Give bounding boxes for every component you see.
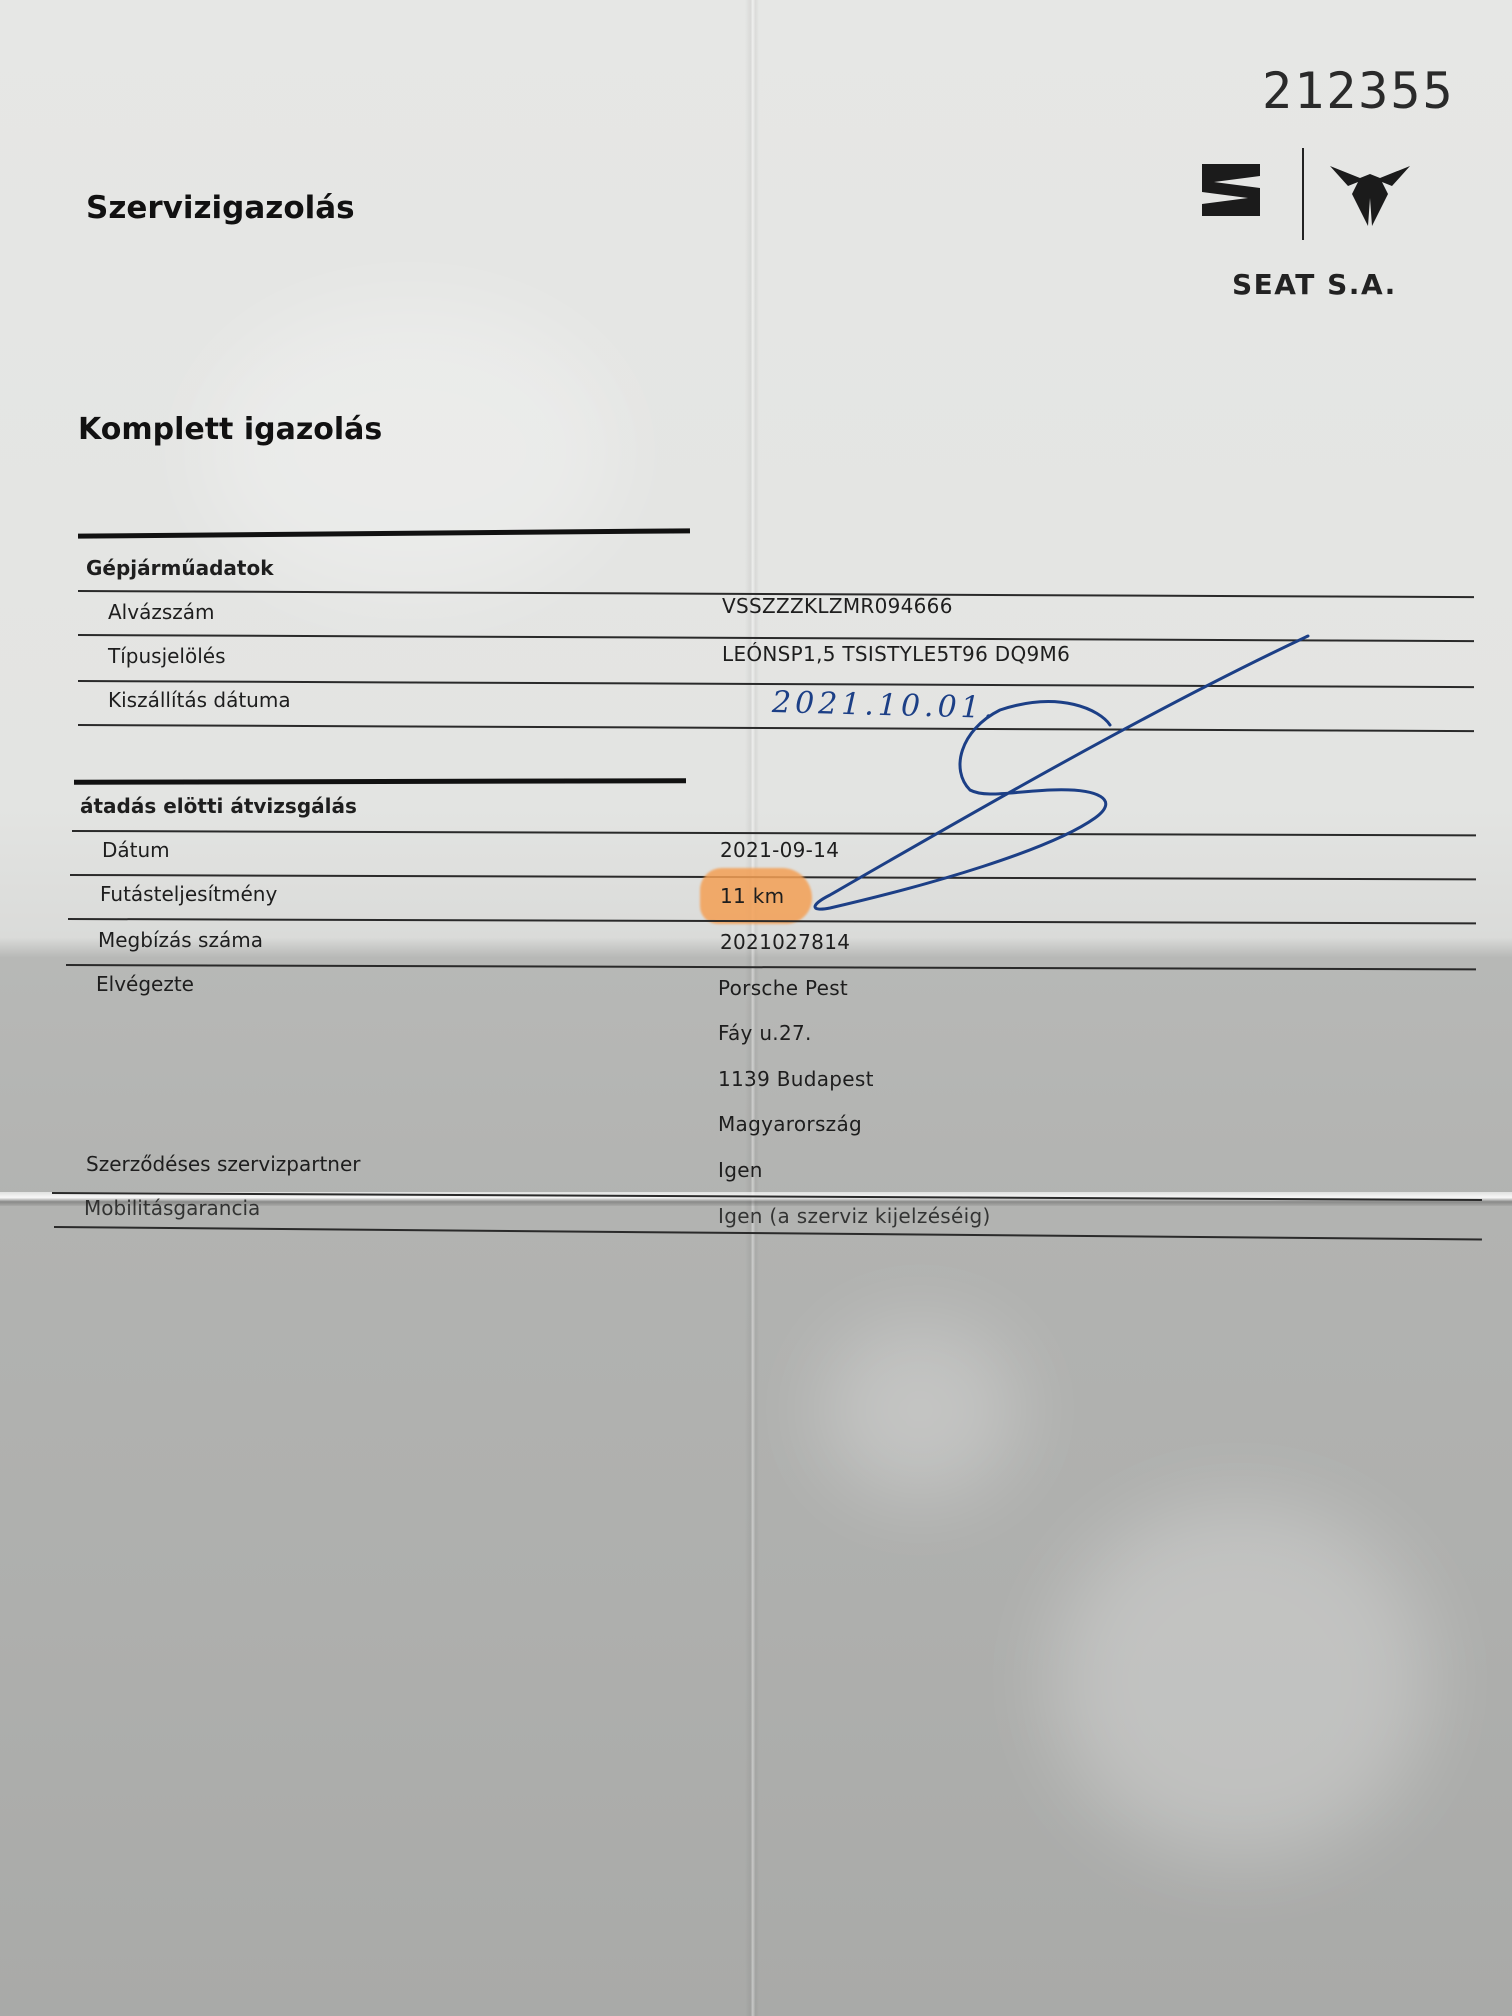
row-value-mobilitasgarancia: Igen (a szerviz kijelzéséig) xyxy=(718,1204,991,1228)
vehicle-section-heading: Gépjárműadatok xyxy=(86,556,274,580)
row-label-futasteljesitmeny: Futásteljesítmény xyxy=(100,882,277,906)
row-value-elvegezte-line-3: 1139 Budapest xyxy=(718,1067,874,1091)
row-label-datum: Dátum xyxy=(102,838,170,862)
row-label-elvegezte: Elvégezte xyxy=(96,972,194,996)
section-divider xyxy=(74,778,686,785)
row-value-alvazszam: VSSZZZKLZMR094666 xyxy=(722,594,953,618)
serial-number: 212355 xyxy=(1262,62,1455,120)
row-label-alvazszam: Alvázszám xyxy=(108,600,214,624)
row-label-megbizas-szama: Megbízás száma xyxy=(98,928,263,952)
row-value-kiszallitas-datuma: 2021.10.01. xyxy=(772,685,998,726)
row-value-megbizas-szama: 2021027814 xyxy=(720,930,850,954)
row-value-tipusjeloles: LEÓNSP1,5 TSISTYLE5T96 DQ9M6 xyxy=(722,642,1070,666)
brand-logos xyxy=(1198,148,1418,240)
document-title: Szervizigazolás xyxy=(86,190,355,226)
row-divider xyxy=(54,1226,1482,1240)
row-value-datum: 2021-09-14 xyxy=(720,838,839,862)
seat-logo-icon xyxy=(1198,162,1264,218)
company-name: SEAT S.A. xyxy=(1232,268,1397,301)
row-label-mobilitasgarancia: Mobilitásgarancia xyxy=(84,1196,260,1220)
paper-fold-vertical xyxy=(745,0,759,2016)
inspection-section-heading: átadás elötti átvizsgálás xyxy=(80,794,357,818)
row-value-elvegezte-line-1: Porsche Pest xyxy=(718,976,848,1000)
logo-divider xyxy=(1302,148,1304,240)
row-value-futasteljesitmeny: 11 km xyxy=(720,884,784,908)
cupra-logo-icon xyxy=(1330,164,1410,228)
row-divider xyxy=(78,724,1474,732)
row-divider xyxy=(78,634,1474,642)
row-value-elvegezte-line-2: Fáy u.27. xyxy=(718,1021,812,1045)
row-divider xyxy=(66,964,1476,970)
row-value-elvegezte-line-4: Magyarország xyxy=(718,1112,862,1136)
document-subtitle: Komplett igazolás xyxy=(78,412,382,447)
row-value-szerzodeses-szervizpartner: Igen xyxy=(718,1158,763,1182)
row-divider xyxy=(72,830,1476,836)
row-label-szerzodeses-szervizpartner: Szerződéses szervizpartner xyxy=(86,1152,361,1176)
row-label-kiszallitas-datuma: Kiszállítás dátuma xyxy=(108,688,291,712)
row-label-tipusjeloles: Típusjelölés xyxy=(108,644,226,668)
